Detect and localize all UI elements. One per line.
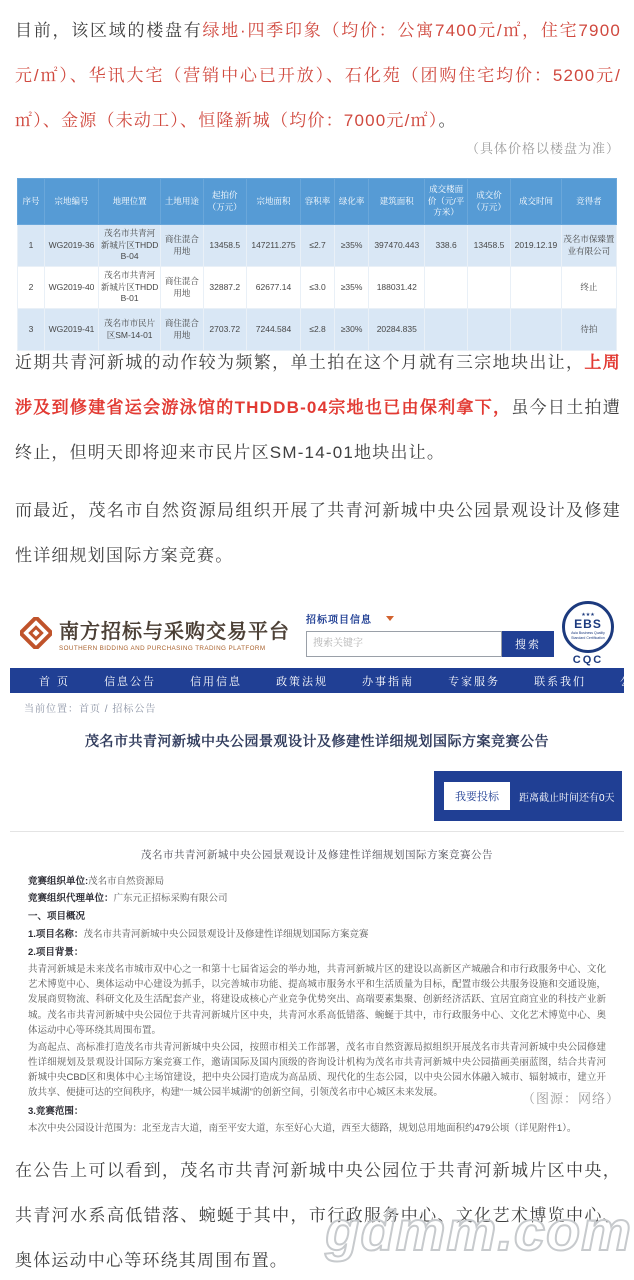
table-row: 1WG2019-36茂名市共青河新城片区THDDB-04商住混合用地13458.… <box>18 225 617 267</box>
table-cell <box>511 267 562 309</box>
table-cell: 终止 <box>561 267 616 309</box>
nav-item[interactable]: 首 页 <box>22 673 87 689</box>
paragraph-listings: 目前，该区域的楼盘有绿地·四季印象（均价：公寓7400元/㎡，住宅7900元/㎡… <box>15 8 621 143</box>
logo-diamond-icon <box>20 617 52 649</box>
column-header: 起拍价（万元） <box>203 179 246 225</box>
table-header: 序号宗地编号地理位置土地用途起拍价（万元）宗地面积容积率绿化率建筑面积成交楼面价… <box>18 179 617 225</box>
background-paragraph-1: 共青河新城是未来茂名市城市双中心之一和第十七届省运会的举办地，共青河新城片区的建… <box>28 962 606 1038</box>
column-header: 容积率 <box>301 179 335 225</box>
column-header: 土地用途 <box>161 179 203 225</box>
project-name-label: 1.项目名称： <box>28 929 83 940</box>
search-label-row: 招标项目信息 <box>306 610 554 628</box>
agent-label: 竞赛组织代理单位： <box>28 893 114 904</box>
table-cell: ≥35% <box>335 225 369 267</box>
main-navigation: 首 页信息公告信用信息政策法规办事指南专家服务联系我们公司简介 <box>10 668 624 693</box>
table-cell: 338.6 <box>425 225 467 267</box>
search-row: 搜索 <box>306 631 554 657</box>
bid-button[interactable]: 我要投标 <box>444 782 510 810</box>
organizer-value: 茂名市自然资源局 <box>88 876 164 887</box>
table-cell: 13458.5 <box>203 225 246 267</box>
search-input[interactable] <box>306 631 502 657</box>
badge-cqc-label: CQC <box>573 654 603 666</box>
search-label: 招标项目信息 <box>306 615 372 626</box>
project-name-line: 1.项目名称：茂名市共青河新城中央公园景观设计及修建性详细规划国际方案竞赛 <box>28 927 606 942</box>
nav-item[interactable]: 信息公告 <box>87 673 173 689</box>
table-cell: ≤2.7 <box>301 225 335 267</box>
nav-item[interactable]: 办事指南 <box>345 673 431 689</box>
land-auction-table: 序号宗地编号地理位置土地用途起拍价（万元）宗地面积容积率绿化率建筑面积成交楼面价… <box>17 178 617 351</box>
table-cell: 2 <box>18 267 45 309</box>
paragraph-auctions: 近期共青河新城的动作较为频繁，单土拍在这个月就有三宗地块出让，上周涉及到修建省运… <box>15 340 621 475</box>
logo-title: 南方招标与采购交易平台 <box>59 615 290 644</box>
table-cell: 32887.2 <box>203 267 246 309</box>
organizer-line: 竞赛组织单位:茂名市自然资源局 <box>28 874 606 889</box>
column-header: 成交楼面价（元/平方米） <box>425 179 467 225</box>
scope-text: 本次中央公园设计范围为：北至龙吉大道，南至平安大道，东至好心大道，西至大德路，规… <box>28 1121 606 1136</box>
column-header: 序号 <box>18 179 45 225</box>
column-header: 宗地编号 <box>45 179 99 225</box>
table-cell: 13458.5 <box>467 225 510 267</box>
table-cell: WG2019-36 <box>45 225 99 267</box>
table-cell: 茂名市共青河新城片区THDDB-04 <box>99 225 161 267</box>
table-cell <box>467 267 510 309</box>
table-cell: ≥35% <box>335 267 369 309</box>
arrow-down-icon <box>386 616 394 621</box>
table-row: 2WG2019-40茂名市共青河新城片区THDDB-01商住混合用地32887.… <box>18 267 617 309</box>
table-cell: 397470.443 <box>369 225 425 267</box>
logo-text: 南方招标与采购交易平台 SOUTHERN BIDDING AND PURCHAS… <box>59 615 290 652</box>
table-cell: 147211.275 <box>246 225 300 267</box>
table-cell <box>425 267 467 309</box>
column-header: 竞得者 <box>561 179 616 225</box>
section-divider <box>10 831 624 832</box>
announcement-title: 茂名市共青河新城中央公园景观设计及修建性详细规划国际方案竞赛公告 <box>10 731 624 751</box>
price-disclaimer-note: （具体价格以楼盘为准） <box>466 138 620 157</box>
project-background-heading: 2.项目背景： <box>28 945 606 960</box>
column-header: 建筑面积 <box>369 179 425 225</box>
nav-item[interactable]: 公司简介 <box>603 673 634 689</box>
agent-line: 竞赛组织代理单位：广东元正招标采购有限公司 <box>28 891 606 906</box>
project-name-value: 茂名市共青河新城中央公园景观设计及修建性详细规划国际方案竞赛 <box>83 929 368 940</box>
badge-sub-text: Asia Business Quality Standard Certifica… <box>565 631 611 639</box>
land-auction-table-wrap: 序号宗地编号地理位置土地用途起拍价（万元）宗地面积容积率绿化率建筑面积成交楼面价… <box>17 178 617 351</box>
badge-ebs-label: EBS <box>574 618 602 631</box>
bidding-platform-screenshot: 南方招标与采购交易平台 SOUTHERN BIDDING AND PURCHAS… <box>10 598 624 1070</box>
paragraph-competition: 而最近，茂名市自然资源局组织开展了共青河新城中央公园景观设计及修建性详细规划国际… <box>15 488 621 578</box>
organizer-label: 竞赛组织单位: <box>28 876 88 887</box>
paragraph-listings-end: 。 <box>438 111 456 130</box>
logo-subtitle: SOUTHERN BIDDING AND PURCHASING TRADING … <box>59 645 290 652</box>
paragraph-conclusion: 在公告上可以看到，茂名市共青河新城中央公园位于共青河新城片区中央，共青河水系高低… <box>15 1148 621 1280</box>
table-cell: 商住混合用地 <box>161 225 203 267</box>
section-overview-heading: 一、项目概况 <box>28 909 606 924</box>
table-cell: ≤3.0 <box>301 267 335 309</box>
column-header: 绿化率 <box>335 179 369 225</box>
column-header: 地理位置 <box>99 179 161 225</box>
paragraph-auctions-start: 近期共青河新城的动作较为频繁，单土拍在这个月就有三宗地块出让， <box>15 353 584 372</box>
ebs-badge-icon: ★★★ EBS Asia Business Quality Standard C… <box>562 601 614 653</box>
table-cell: 茂名市保臻置业有限公司 <box>561 225 616 267</box>
nav-item[interactable]: 联系我们 <box>517 673 603 689</box>
nav-item[interactable]: 专家服务 <box>431 673 517 689</box>
certification-badge: ★★★ EBS Asia Business Quality Standard C… <box>562 601 618 666</box>
platform-logo[interactable]: 南方招标与采购交易平台 SOUTHERN BIDDING AND PURCHAS… <box>20 615 290 652</box>
agent-value: 广东元正招标采购有限公司 <box>114 893 228 904</box>
table-body: 1WG2019-36茂名市共青河新城片区THDDB-04商住混合用地13458.… <box>18 225 617 351</box>
table-cell: 1 <box>18 225 45 267</box>
table-header-row: 序号宗地编号地理位置土地用途起拍价（万元）宗地面积容积率绿化率建筑面积成交楼面价… <box>18 179 617 225</box>
background-paragraph-2: 为高起点、高标准打造茂名市共青河新城中央公园，按照市相关工作部署，茂名市自然资源… <box>28 1040 606 1101</box>
column-header: 宗地面积 <box>246 179 300 225</box>
table-cell: 商住混合用地 <box>161 267 203 309</box>
announcement-subtitle: 茂名市共青河新城中央公园景观设计及修建性详细规划国际方案竞赛公告 <box>10 847 624 862</box>
site-header: 南方招标与采购交易平台 SOUTHERN BIDDING AND PURCHAS… <box>10 598 624 668</box>
image-source-note: （图源：网络） <box>522 1088 620 1107</box>
table-cell: 188031.42 <box>369 267 425 309</box>
column-header: 成交价（万元） <box>467 179 510 225</box>
nav-item[interactable]: 信用信息 <box>173 673 259 689</box>
scope-heading: 3.竞赛范围： <box>28 1104 606 1119</box>
breadcrumb: 当前位置：首页 / 招标公告 <box>10 693 624 715</box>
paragraph-listings-intro: 目前，该区域的楼盘有 <box>15 21 203 40</box>
bid-action-box: 我要投标 距离截止时间还有0天 <box>434 771 622 821</box>
table-cell: WG2019-40 <box>45 267 99 309</box>
deadline-countdown: 距离截止时间还有0天 <box>519 789 615 804</box>
table-cell: 62677.14 <box>246 267 300 309</box>
table-cell: 茂名市共青河新城片区THDDB-01 <box>99 267 161 309</box>
article-page: 目前，该区域的楼盘有绿地·四季印象（均价：公寓7400元/㎡，住宅7900元/㎡… <box>0 0 634 1280</box>
search-button[interactable]: 搜索 <box>502 631 554 657</box>
search-area: 招标项目信息 搜索 <box>306 610 554 657</box>
column-header: 成交时间 <box>511 179 562 225</box>
table-cell: 2019.12.19 <box>511 225 562 267</box>
nav-item[interactable]: 政策法规 <box>259 673 345 689</box>
